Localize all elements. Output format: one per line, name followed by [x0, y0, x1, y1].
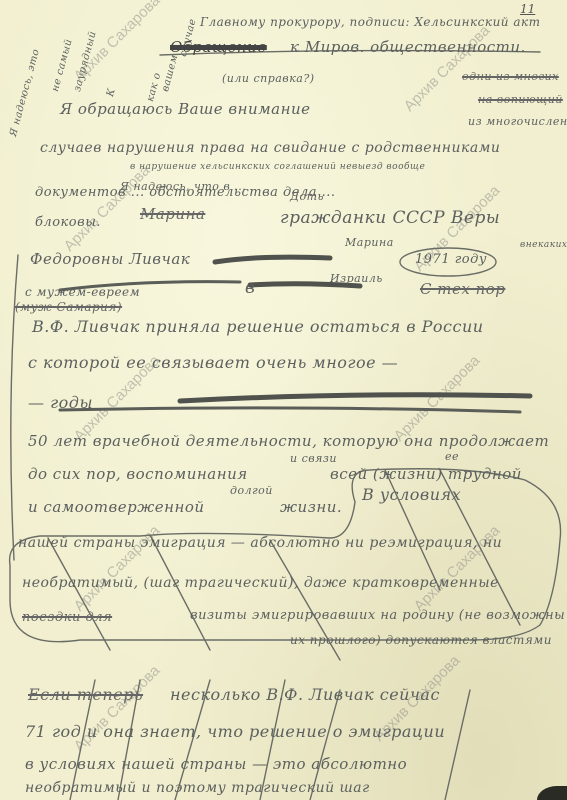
- body-insert: и связи: [290, 452, 337, 465]
- body-line: 50 лет врачебной деятельности, которую о…: [28, 432, 549, 450]
- footer-line: необратимый и поэтому трагический шаг: [25, 780, 370, 796]
- header-line-2: к Миров. общественности.: [290, 38, 526, 56]
- body-line: — годы: [28, 393, 93, 412]
- body-insert: долгой: [230, 484, 273, 497]
- footer-line: несколько В.Ф. Ливчак сейчас: [170, 685, 440, 704]
- body-line: жизни.: [280, 498, 342, 516]
- body-line: всей (жизни) трудной: [330, 465, 522, 483]
- body-line: с мужем-евреем: [25, 285, 140, 299]
- body-insert: внекаких: [520, 240, 567, 250]
- body-line: в: [245, 278, 255, 298]
- footer-line: 71 год и она знает, что решение о эмигра…: [25, 722, 445, 741]
- footer-line: в условиях нашей страны — это абсолютно: [25, 755, 407, 773]
- boxed-line: В условиях: [362, 485, 461, 504]
- header-insert: (или справка?): [222, 72, 315, 85]
- boxed-line: их прошлого) допускаются властями: [290, 633, 552, 647]
- body-line: и самоотверженной: [28, 498, 205, 516]
- boxed-line: необратимый, (шаг трагический), даже кра…: [22, 575, 499, 591]
- header-struck-word: Обращение: [170, 38, 267, 56]
- boxed-line: нашей страны эмиграция — абсолютно ни ре…: [18, 535, 502, 551]
- body-struck: Марина: [140, 205, 205, 223]
- body-insert: Израиль: [330, 272, 383, 285]
- page-number: 11: [520, 2, 535, 16]
- body-insert: Доть: [290, 190, 324, 203]
- body-line: блоковы.: [35, 215, 101, 230]
- body-struck: на вопиющий: [478, 93, 563, 106]
- manuscript-page: Архив Сахарова Архив Сахарова Архив Саха…: [0, 0, 567, 800]
- boxed-line: визиты эмигрировавших на родину (не возм…: [190, 608, 565, 623]
- header-line-1: Главному прокурору, подписи: Хельсинкски…: [200, 15, 541, 29]
- body-insert: Марина: [345, 236, 394, 249]
- footer-struck: Если теперь: [28, 685, 143, 704]
- body-line: гражданки СССР Веры: [280, 208, 500, 228]
- body-struck: (муж Самария): [15, 300, 122, 314]
- body-note: 1971 году: [415, 252, 487, 267]
- boxed-struck: поездки для: [22, 610, 112, 625]
- body-line: с которой ее связывает очень многое —: [28, 353, 398, 372]
- body-line: случаев нарушения права на свидание с ро…: [40, 140, 500, 156]
- body-line: Федоровны Ливчак: [30, 250, 190, 268]
- body-insert: ее: [445, 450, 459, 463]
- body-line: В.Ф. Ливчак приняла решение остаться в Р…: [32, 317, 484, 336]
- body-line: до сих пор, воспоминания: [28, 465, 248, 483]
- body-line: Я обращаюсь Ваше внимание: [60, 100, 311, 118]
- body-insert: одни из многих: [462, 70, 559, 83]
- body-insert: в нарушение хельсинкских соглашений невы…: [130, 162, 425, 172]
- body-struck: С тех пор: [420, 280, 505, 298]
- body-line: из многочисленных: [468, 115, 567, 128]
